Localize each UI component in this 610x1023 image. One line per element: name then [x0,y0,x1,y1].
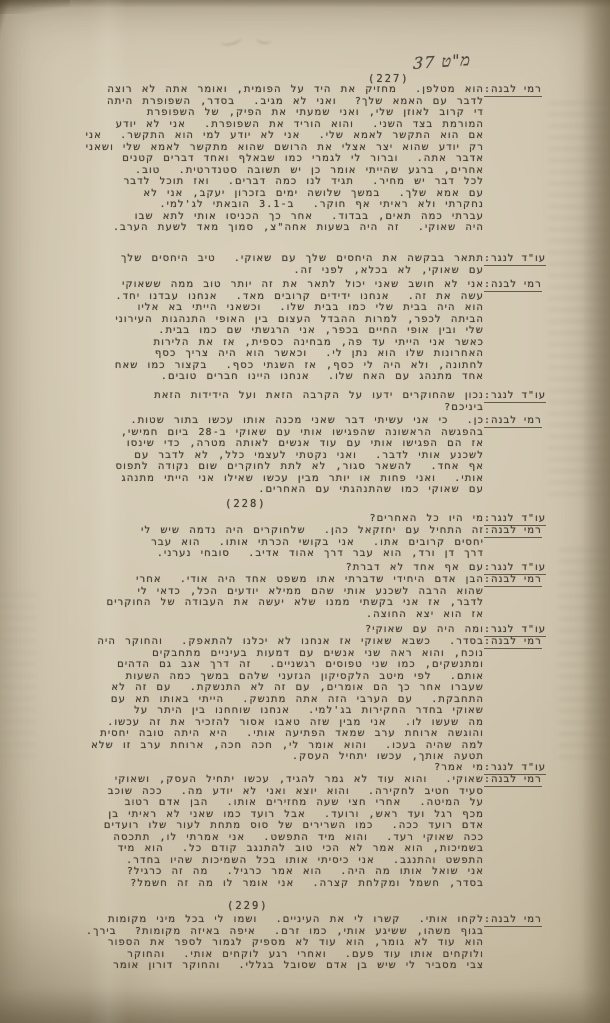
transcript-turn: עו"ד לנגר: מי היו כל האחרים? [10,513,610,525]
transcript-turn: רמי לבנה: בסדר. כשבא שאוקי אז אנחנו לא י… [10,636,610,763]
speaker-label: רמי לבנה: [484,525,610,560]
speaker-label: עו"ד לנגר: [484,513,610,525]
turn-text: עם אף אחד לא דברת? [10,562,484,574]
turn-text: מי היו כל האחרים? [10,513,484,525]
speaker-label: עו"ד לנגר: [484,762,610,774]
turn-text: הבן אדם היחידי שדברתי אתו משפט אחד היה א… [10,574,484,620]
speaker-label: רמי לבנה: [484,914,610,972]
transcript-turn: רמי לבנה: הבן אדם היחידי שדברתי אתו משפט… [10,574,610,620]
transcript-turn: עו"ד לנגר: עם אף אחד לא דברת? [10,562,610,574]
faint-pencil-marks [216,30,286,48]
turn-text: אני לא חושב שאני יכול לתאר את זה יותר טו… [10,279,484,383]
transcript-turn: רמי לבנה: זה התחיל עם יחזקאל כהן. שלחוקר… [10,525,610,560]
handwritten-exhibit-note: מ"ט 37 [413,50,472,74]
page-number-228: (228) [225,498,267,510]
speaker-label: רמי לבנה: [484,774,610,889]
turn-text: זה התחיל עם יחזקאל כהן. שלחוקרים היה נדמ… [10,525,484,560]
speaker-label: רמי לבנה: [484,279,610,383]
turn-text: לקחו אותי. קשרו לי את העיניים. ושמו לי ב… [10,914,484,972]
transcript-turn: עו"ד לנגר: נכון שהחוקרים ידעו על הקרבה ה… [10,390,610,413]
transcript-turn: רמי לבנה: לקחו אותי. קשרו לי את העיניים.… [10,914,610,972]
turn-text: בסדר. כשבא שאוקי אז אנחנו לא יכלנו להתאפ… [10,636,484,763]
speaker-label: עו"ד לנגר: [484,390,610,413]
transcript-turn: עו"ד לנגר: תתאר בבקשה את היחסים שלך עם ש… [10,253,610,276]
turn-text: ומה היה עם שאוקי? [10,624,484,636]
speaker-label: רמי לבנה: [484,574,610,620]
turn-text: מי אמר? [10,762,484,774]
speaker-label: עו"ד לנגר: [484,253,610,276]
turn-text: הוא מטלפן. מחזיק את היד על הפומית, ואומר… [10,84,484,234]
transcript-turn: עו"ד לנגר: מי אמר? [10,762,610,774]
document-scan-page: מ"ט 37 (227) רמי לבנה: הוא מטלפן. מחזיק … [0,0,610,1023]
speaker-label: עו"ד לנגר: [484,624,610,636]
turn-text: כן. כי אני עשיתי דבר שאני מכנה אותו עכשו… [10,415,484,496]
speaker-label: רמי לבנה: [484,636,610,763]
speaker-label: רמי לבנה: [484,415,610,496]
photo-corner-shadow [0,0,70,14]
turn-text: תתאר בבקשה את היחסים שלך עם שאוקי. טיב ה… [10,253,484,276]
speaker-label: רמי לבנה: [484,84,610,234]
page-number-229: (229) [227,900,269,912]
turn-text: שאוקי. והוא עוד לא גמר להגיד, עכשו יתחיל… [10,774,484,889]
transcript-turn: עו"ד לנגר: ומה היה עם שאוקי? [10,624,610,636]
transcript-turn: רמי לבנה: כן. כי אני עשיתי דבר שאני מכנה… [10,415,610,496]
transcript-turn: רמי לבנה: אני לא חושב שאני יכול לתאר את … [10,279,610,383]
transcript-turn: רמי לבנה: שאוקי. והוא עוד לא גמר להגיד, … [10,774,610,889]
speaker-label: עו"ד לנגר: [484,562,610,574]
turn-text: נכון שהחוקרים ידעו על הקרבה הזאת ועל היד… [10,390,484,413]
transcript-turn: רמי לבנה: הוא מטלפן. מחזיק את היד על הפו… [10,84,610,234]
